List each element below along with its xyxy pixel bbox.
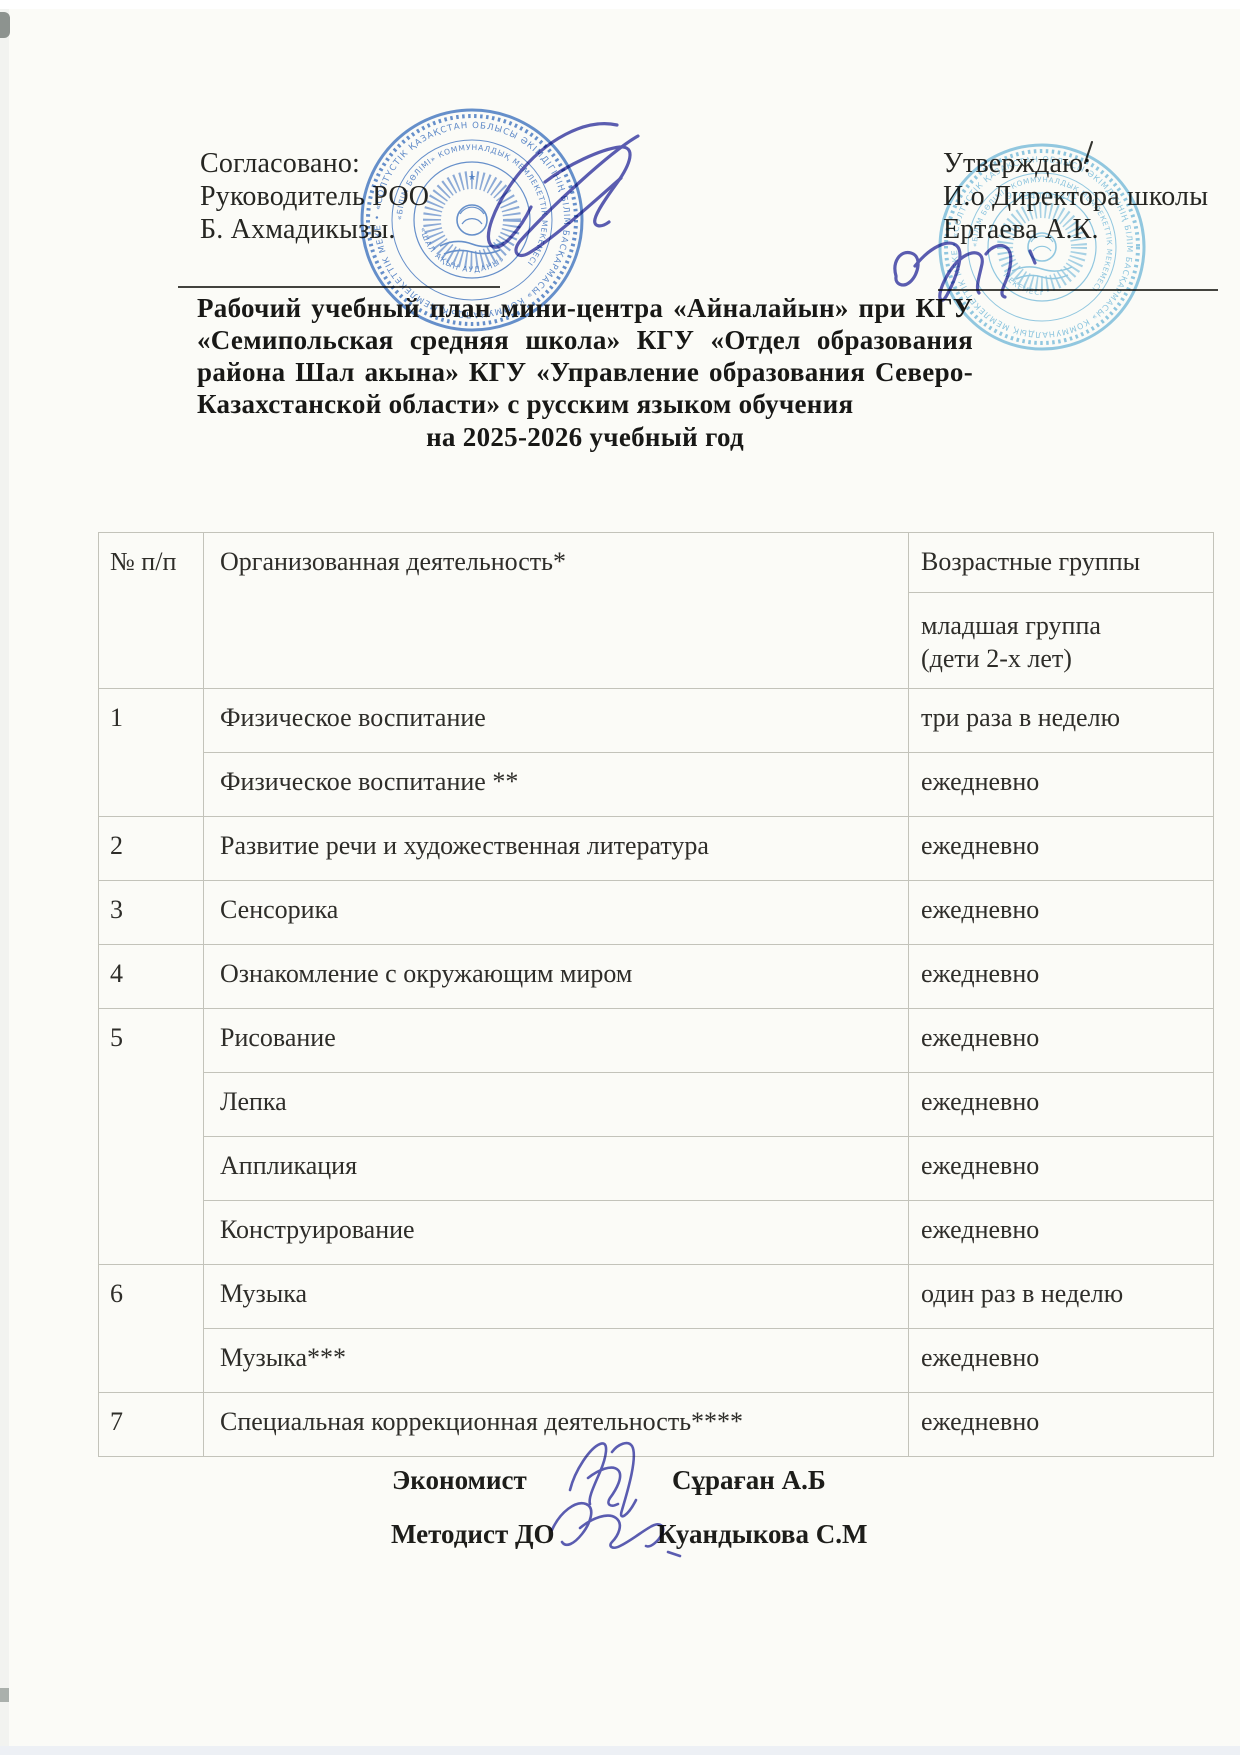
table-row: 5Рисованиеежедневно [99, 1009, 1214, 1073]
frequency-cell: ежедневно [909, 881, 1214, 945]
activity-cell: Специальная коррекционная деятельность**… [204, 1393, 909, 1457]
activity-cell: Конструирование [204, 1201, 909, 1265]
scan-edge-top [0, 0, 1240, 9]
frequency-cell: ежедневно [909, 945, 1214, 1009]
table-row: 7Специальная коррекционная деятельность*… [99, 1393, 1214, 1457]
frequency-cell: ежедневно [909, 1009, 1214, 1073]
table-header-row: № п/п Организованная деятельность* Возра… [99, 533, 1214, 593]
frequency-cell: один раз в неделю [909, 1265, 1214, 1329]
table-row: 2Развитие речи и художественная литерату… [99, 817, 1214, 881]
frequency-cell: три раза в неделю [909, 689, 1214, 753]
activity-cell: Лепка [204, 1073, 909, 1137]
stamp-right-bin-number: 970340004271 [1007, 192, 1078, 202]
table-row: Аппликацияежедневно [99, 1137, 1214, 1201]
activity-cell: Музыка [204, 1265, 909, 1329]
document-title-year: на 2025-2026 учебный год [197, 421, 973, 453]
frequency-cell: ежедневно [909, 1073, 1214, 1137]
age-group-line1: младшая группа [921, 609, 1213, 642]
activity-cell: Развитие речи и художественная литератур… [204, 817, 909, 881]
row-number-cell: 6 [99, 1265, 204, 1393]
header-activity-cell: Организованная деятельность* [204, 533, 909, 689]
signoff-role-economist: Экономист [392, 1465, 527, 1496]
scan-side-mark [0, 1688, 9, 1702]
header-number-cell: № п/п [99, 533, 204, 689]
signoff-name-methodist: Куандыкова С.М [657, 1519, 867, 1550]
scan-edge-left [0, 9, 9, 1746]
frequency-cell: ежедневно [909, 753, 1214, 817]
activity-cell: Физическое воспитание [204, 689, 909, 753]
frequency-cell: ежедневно [909, 1201, 1214, 1265]
table-row: Лепкаежедневно [99, 1073, 1214, 1137]
row-number-cell: 2 [99, 817, 204, 881]
table-row: Музыка***ежедневно [99, 1329, 1214, 1393]
activity-cell: Сенсорика [204, 881, 909, 945]
frequency-cell: ежедневно [909, 1329, 1214, 1393]
table-row: Конструированиеежедневно [99, 1201, 1214, 1265]
activity-cell: Музыка*** [204, 1329, 909, 1393]
table-row: 1Физическое воспитаниетри раза в неделю [99, 689, 1214, 753]
row-number-cell: 5 [99, 1009, 204, 1265]
header-age-groups-cell: Возрастные группы [909, 533, 1214, 593]
scan-edge-bottom [0, 1746, 1240, 1755]
schedule-table: № п/п Организованная деятельность* Возра… [98, 532, 1214, 1457]
schedule-table-body: 1Физическое воспитаниетри раза в неделюФ… [99, 689, 1214, 1457]
activity-cell: Физическое воспитание ** [204, 753, 909, 817]
table-row: Физическое воспитание **ежедневно [99, 753, 1214, 817]
table-row: 3Сенсорикаежедневно [99, 881, 1214, 945]
frequency-cell: ежедневно [909, 1393, 1214, 1457]
document-title: Рабочий учебный план мини-центра «Айнала… [197, 292, 973, 453]
stamp-left-star: ★ [468, 173, 476, 183]
frequency-cell: ежедневно [909, 1137, 1214, 1201]
row-number-cell: 7 [99, 1393, 204, 1457]
scan-corner-mark [0, 12, 10, 38]
activity-cell: Ознакомление с окружающим миром [204, 945, 909, 1009]
activity-cell: Рисование [204, 1009, 909, 1073]
row-number-cell: 4 [99, 945, 204, 1009]
signoff-name-economist: Сұраған А.Б [672, 1465, 826, 1496]
table-row: 6Музыкаодин раз в неделю [99, 1265, 1214, 1329]
row-number-cell: 1 [99, 689, 204, 817]
activity-cell: Аппликация [204, 1137, 909, 1201]
age-group-cell: младшая группа (дети 2-х лет) [909, 593, 1214, 689]
row-number-cell: 3 [99, 881, 204, 945]
age-group-line2: (дети 2-х лет) [921, 642, 1213, 675]
frequency-cell: ежедневно [909, 817, 1214, 881]
table-row: 4Ознакомление с окружающим миромежедневн… [99, 945, 1214, 1009]
signoff-role-methodist: Методист ДО [391, 1519, 555, 1550]
document-title-body: Рабочий учебный план мини-центра «Айнала… [197, 292, 973, 420]
scanned-document-page: { "approvals": { "left": { "line1": "Сог… [0, 0, 1240, 1755]
